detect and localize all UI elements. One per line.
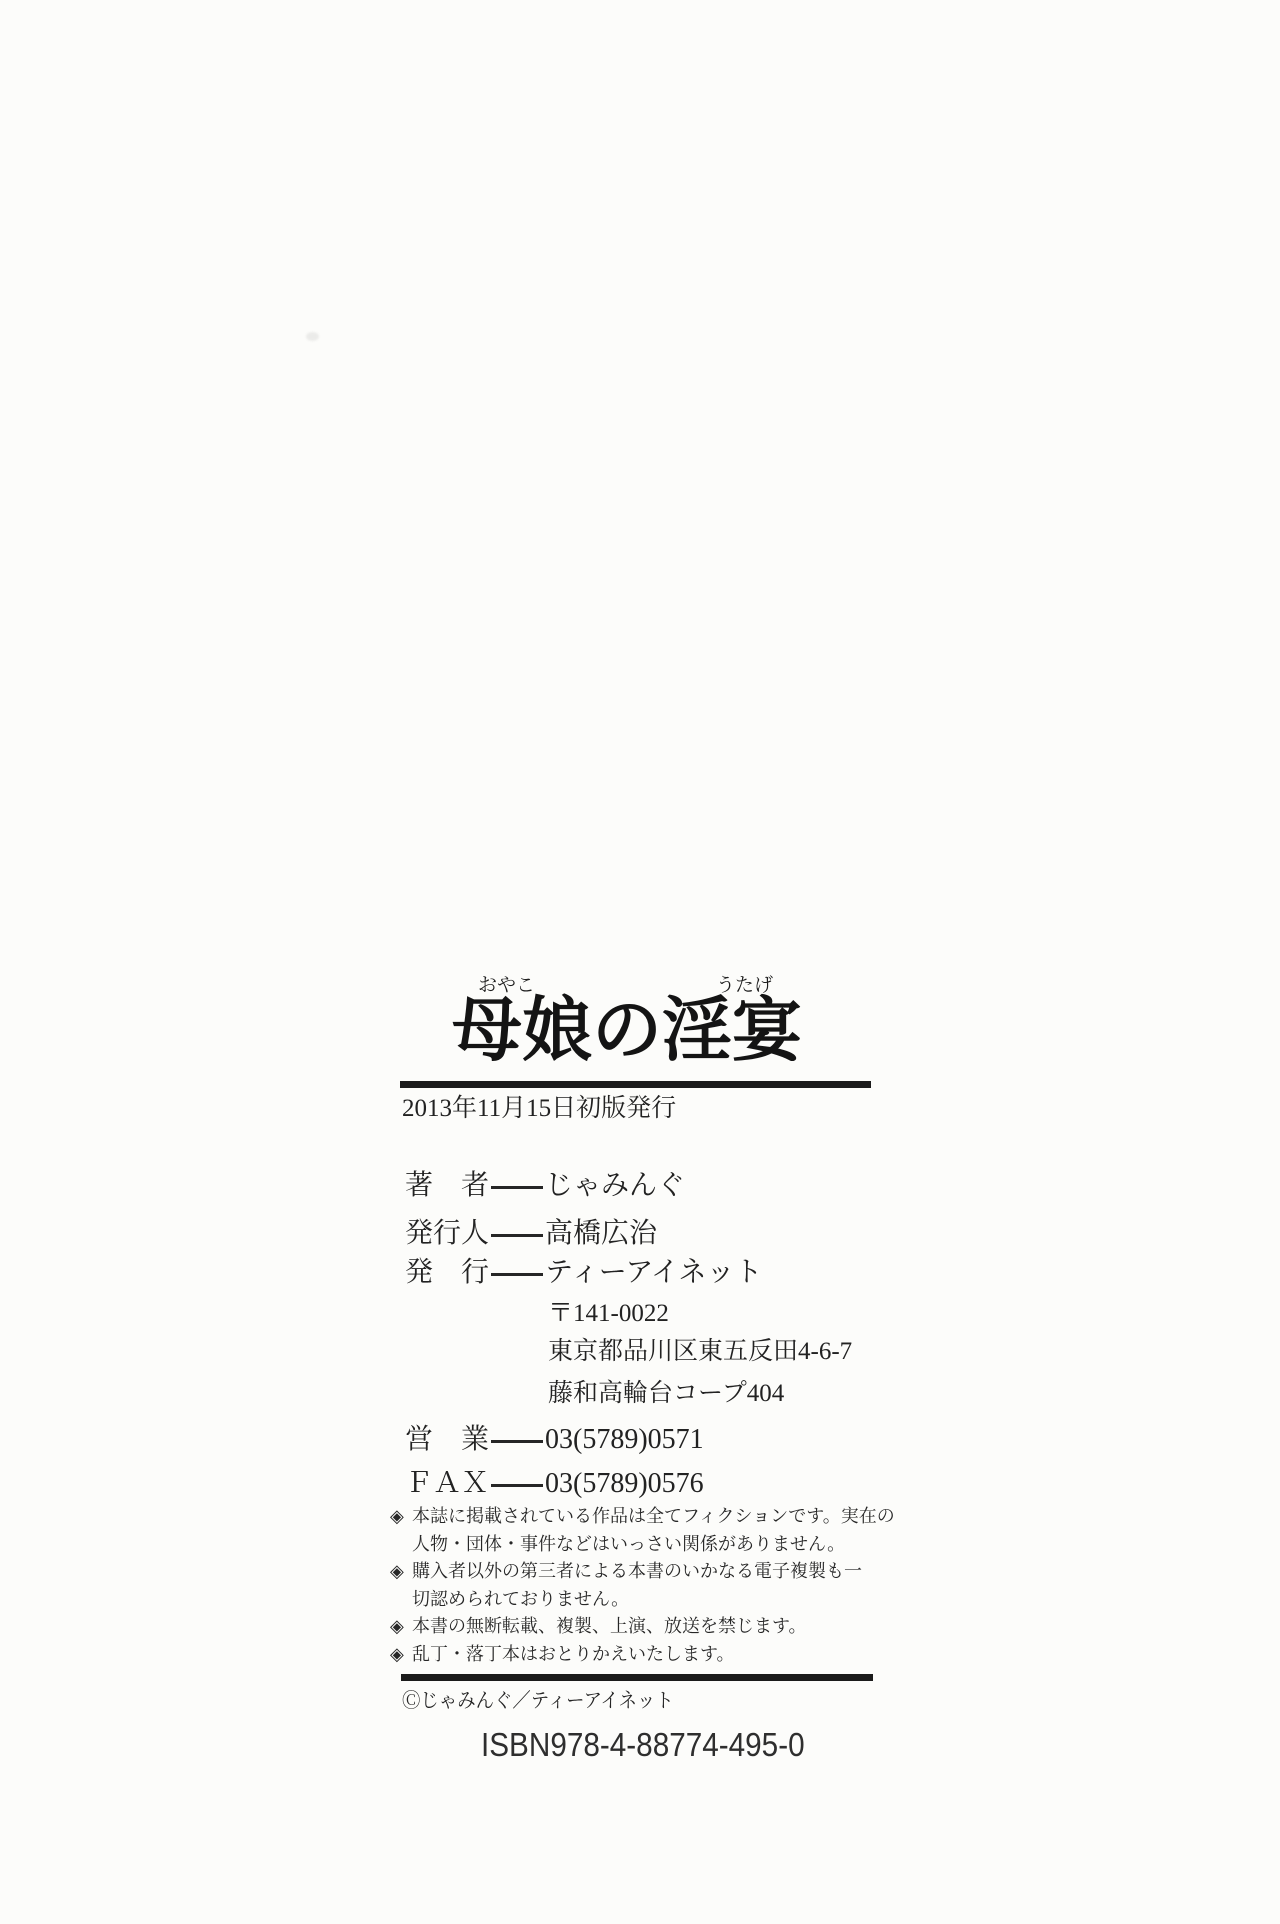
notice-text: 乱丁・落丁本はおとりかえいたします。 (412, 1644, 735, 1666)
address-line-2: 藤和高輪台コープ404 (548, 1379, 784, 1409)
notice-line: ◈ 本書の無断転載、複製、上演、放送を禁じます。 (390, 1616, 807, 1638)
credit-label: ＦＡＸ (405, 1466, 490, 1501)
copyright-line: Ⓒじゃみんぐ／ティーアイネット (402, 1689, 674, 1713)
diamond-bullet-icon: ◈ (390, 1506, 412, 1528)
credit-value: 高橋広治 (545, 1216, 657, 1251)
book-title: 母娘の淫宴 (452, 995, 802, 1065)
notice-line: ◈ 本誌に掲載されている作品は全てフィクションです。実在の (390, 1506, 895, 1528)
credit-dash (491, 1234, 543, 1237)
diamond-bullet-icon: ◈ (390, 1644, 412, 1666)
credit-row-publisher: 発 行 ティーアイネット (405, 1255, 763, 1290)
notice-line: ◈ 乱丁・落丁本はおとりかえいたします。 (390, 1644, 735, 1666)
credit-dash (491, 1440, 543, 1443)
address-line-1: 東京都品川区東五反田4-6-7 (548, 1337, 852, 1367)
credit-value: じゃみんぐ (545, 1168, 685, 1203)
notice-text: 切認められておりません。 (412, 1589, 629, 1611)
credit-value: 03(5789)0576 (545, 1466, 704, 1501)
title-underline-rule (400, 1081, 871, 1088)
credit-label: 発 行 (405, 1255, 490, 1290)
credit-label: 著 者 (405, 1168, 490, 1203)
credit-label: 営 業 (405, 1422, 490, 1457)
notice-text: 本誌に掲載されている作品は全てフィクションです。実在の (412, 1506, 895, 1528)
notice-text: 購入者以外の第三者による本書のいかなる電子複製も一 (412, 1561, 862, 1583)
diamond-bullet-icon: ◈ (390, 1616, 412, 1638)
notice-indent (390, 1589, 412, 1611)
isbn-number: ISBN978-4-88774-495-0 (481, 1727, 805, 1763)
credit-dash (491, 1186, 543, 1189)
notice-line: ◈ 購入者以外の第三者による本書のいかなる電子複製も一 (390, 1561, 862, 1583)
credit-value: ティーアイネット (545, 1255, 763, 1290)
credit-row-publisher-person: 発行人 高橋広治 (405, 1216, 657, 1251)
diamond-bullet-icon: ◈ (390, 1561, 412, 1583)
credit-row-sales: 営 業 03(5789)0571 (405, 1422, 704, 1457)
credit-label: 発行人 (405, 1216, 490, 1251)
credit-value: 03(5789)0571 (545, 1422, 704, 1457)
credit-dash (491, 1273, 543, 1276)
scan-speck (306, 332, 319, 341)
colophon-page: おやこ うたげ 母娘の淫宴 2013年11月15日初版発行 著 者 じゃみんぐ … (0, 0, 1280, 1924)
notice-text: 人物・団体・事件などはいっさい関係がありません。 (412, 1534, 845, 1556)
credit-row-fax: ＦＡＸ 03(5789)0576 (405, 1466, 704, 1501)
credit-dash (491, 1484, 543, 1487)
notice-line: 人物・団体・事件などはいっさい関係がありません。 (390, 1534, 845, 1556)
edition-date: 2013年11月15日初版発行 (402, 1094, 676, 1124)
notice-line: 切認められておりません。 (390, 1589, 629, 1611)
notice-text: 本書の無断転載、複製、上演、放送を禁じます。 (412, 1616, 807, 1638)
postal-code: 〒141-0022 (548, 1299, 669, 1329)
footer-rule (401, 1674, 873, 1681)
notice-indent (390, 1534, 412, 1556)
credit-row-author: 著 者 じゃみんぐ (405, 1168, 685, 1203)
